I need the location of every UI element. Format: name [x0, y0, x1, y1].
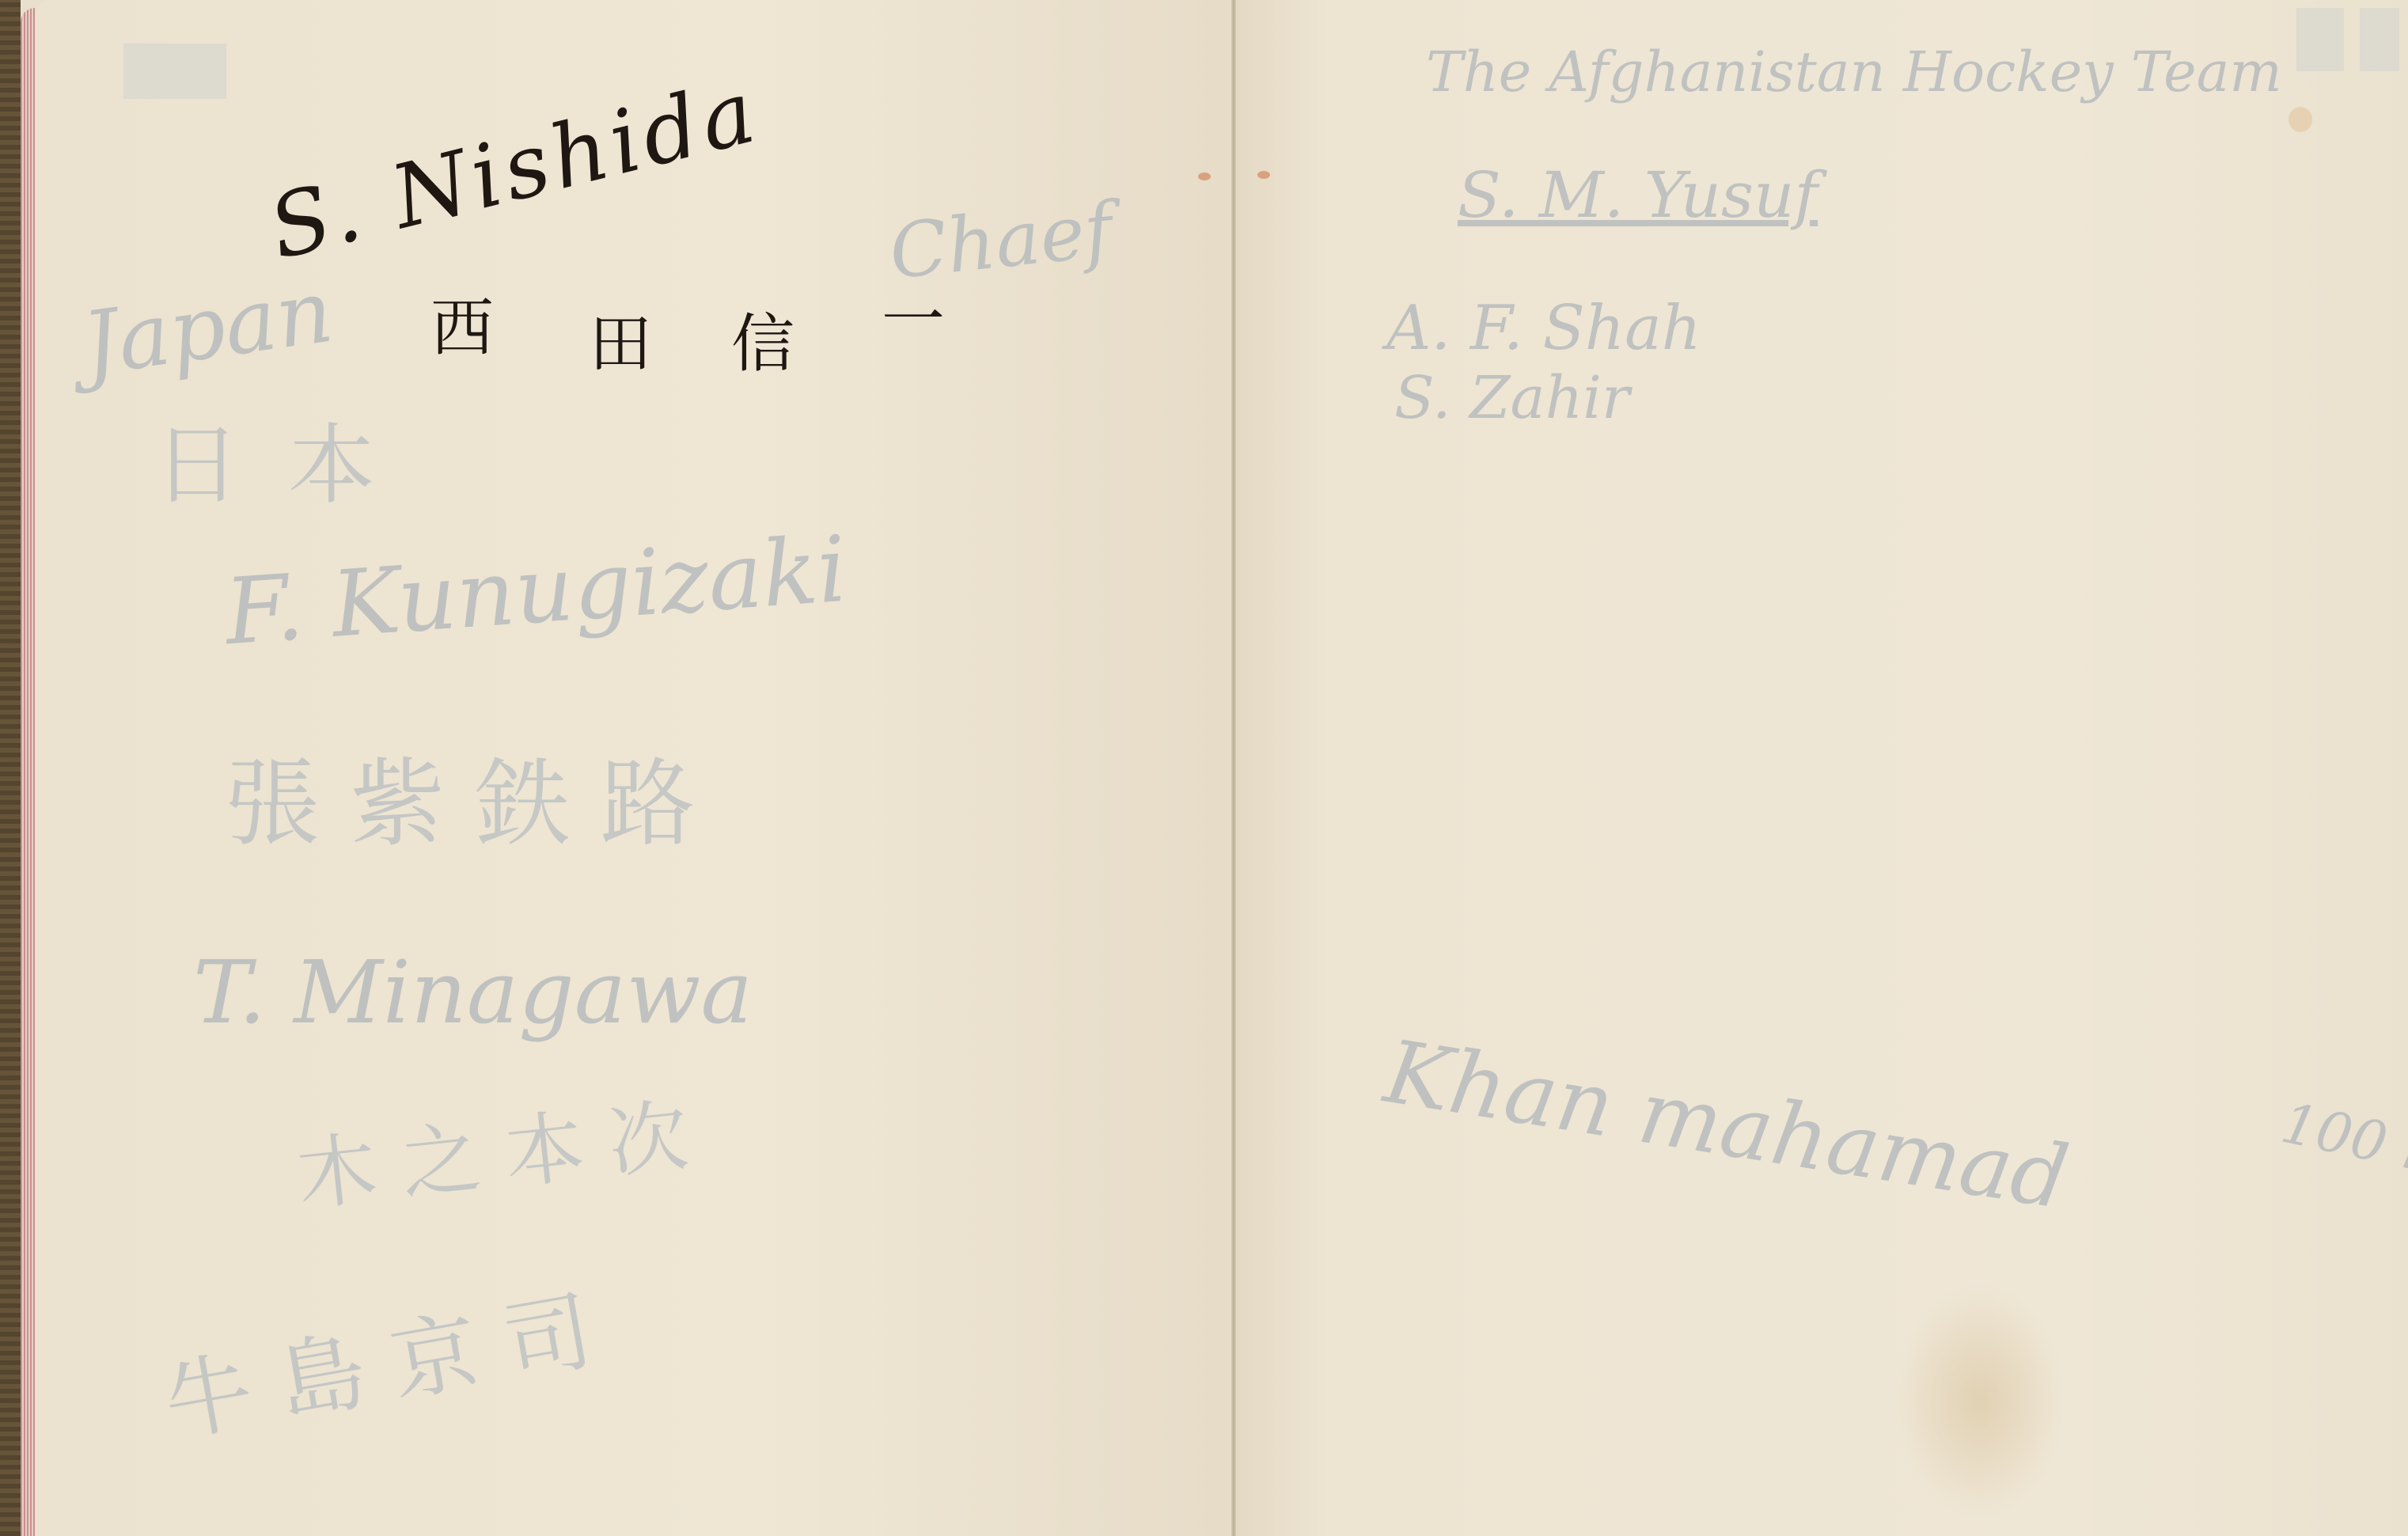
- pencil-kanji-country: 日本: [154, 396, 423, 521]
- foxing-spot-right: [2289, 107, 2312, 132]
- signature-khan-mahamad: Khan mahamad: [1378, 1021, 2075, 1229]
- pencil-signature-minagawa: T. Minagawa: [193, 942, 753, 1043]
- note-100m: 100 m: [2276, 1090, 2408, 1190]
- foxing-spot-gutter: [1257, 171, 1270, 179]
- ink-kanji-3: 信: [731, 293, 794, 384]
- right-page: The Afghanistan Hockey Team S. M. Yusuf …: [1236, 0, 2408, 1536]
- page-edges: [21, 8, 35, 1536]
- signature-shah: A. F. Shah: [1386, 293, 1701, 364]
- pencil-kanji-signature-1: 張 紫 鉄 路: [225, 728, 695, 864]
- stamp-mark-right-2: [2360, 8, 2399, 71]
- stamp-mark: [123, 44, 226, 99]
- book-cloth-binding: [0, 0, 21, 1536]
- signature-zahir: S. Zahir: [1394, 364, 1629, 432]
- left-page: Japan Chaef S. Nishida 西 田 信 一 日本 F. Kun…: [35, 0, 1234, 1536]
- stamp-mark-right: [2296, 8, 2344, 71]
- foxing-spot: [1198, 173, 1211, 180]
- pencil-kanji-signature-2: 木 之 本 次: [291, 1072, 693, 1227]
- pencil-kanji-signature-3: 牛 島 京 司: [154, 1261, 600, 1459]
- ink-kanji-4: 一: [882, 269, 945, 360]
- fingerprint-stain: [1893, 1282, 2067, 1519]
- pencil-country: Japan: [77, 260, 339, 396]
- ink-kanji-2: 田: [589, 293, 652, 384]
- team-heading: The Afghanistan Hockey Team: [1426, 40, 2282, 104]
- signature-yusuf: S. M. Yusuf: [1458, 158, 1818, 232]
- ink-kanji-1: 西: [430, 277, 494, 368]
- ink-signature: S. Nishida: [260, 60, 768, 279]
- pencil-signature-kunugizaki: F. Kunugizaki: [222, 517, 850, 666]
